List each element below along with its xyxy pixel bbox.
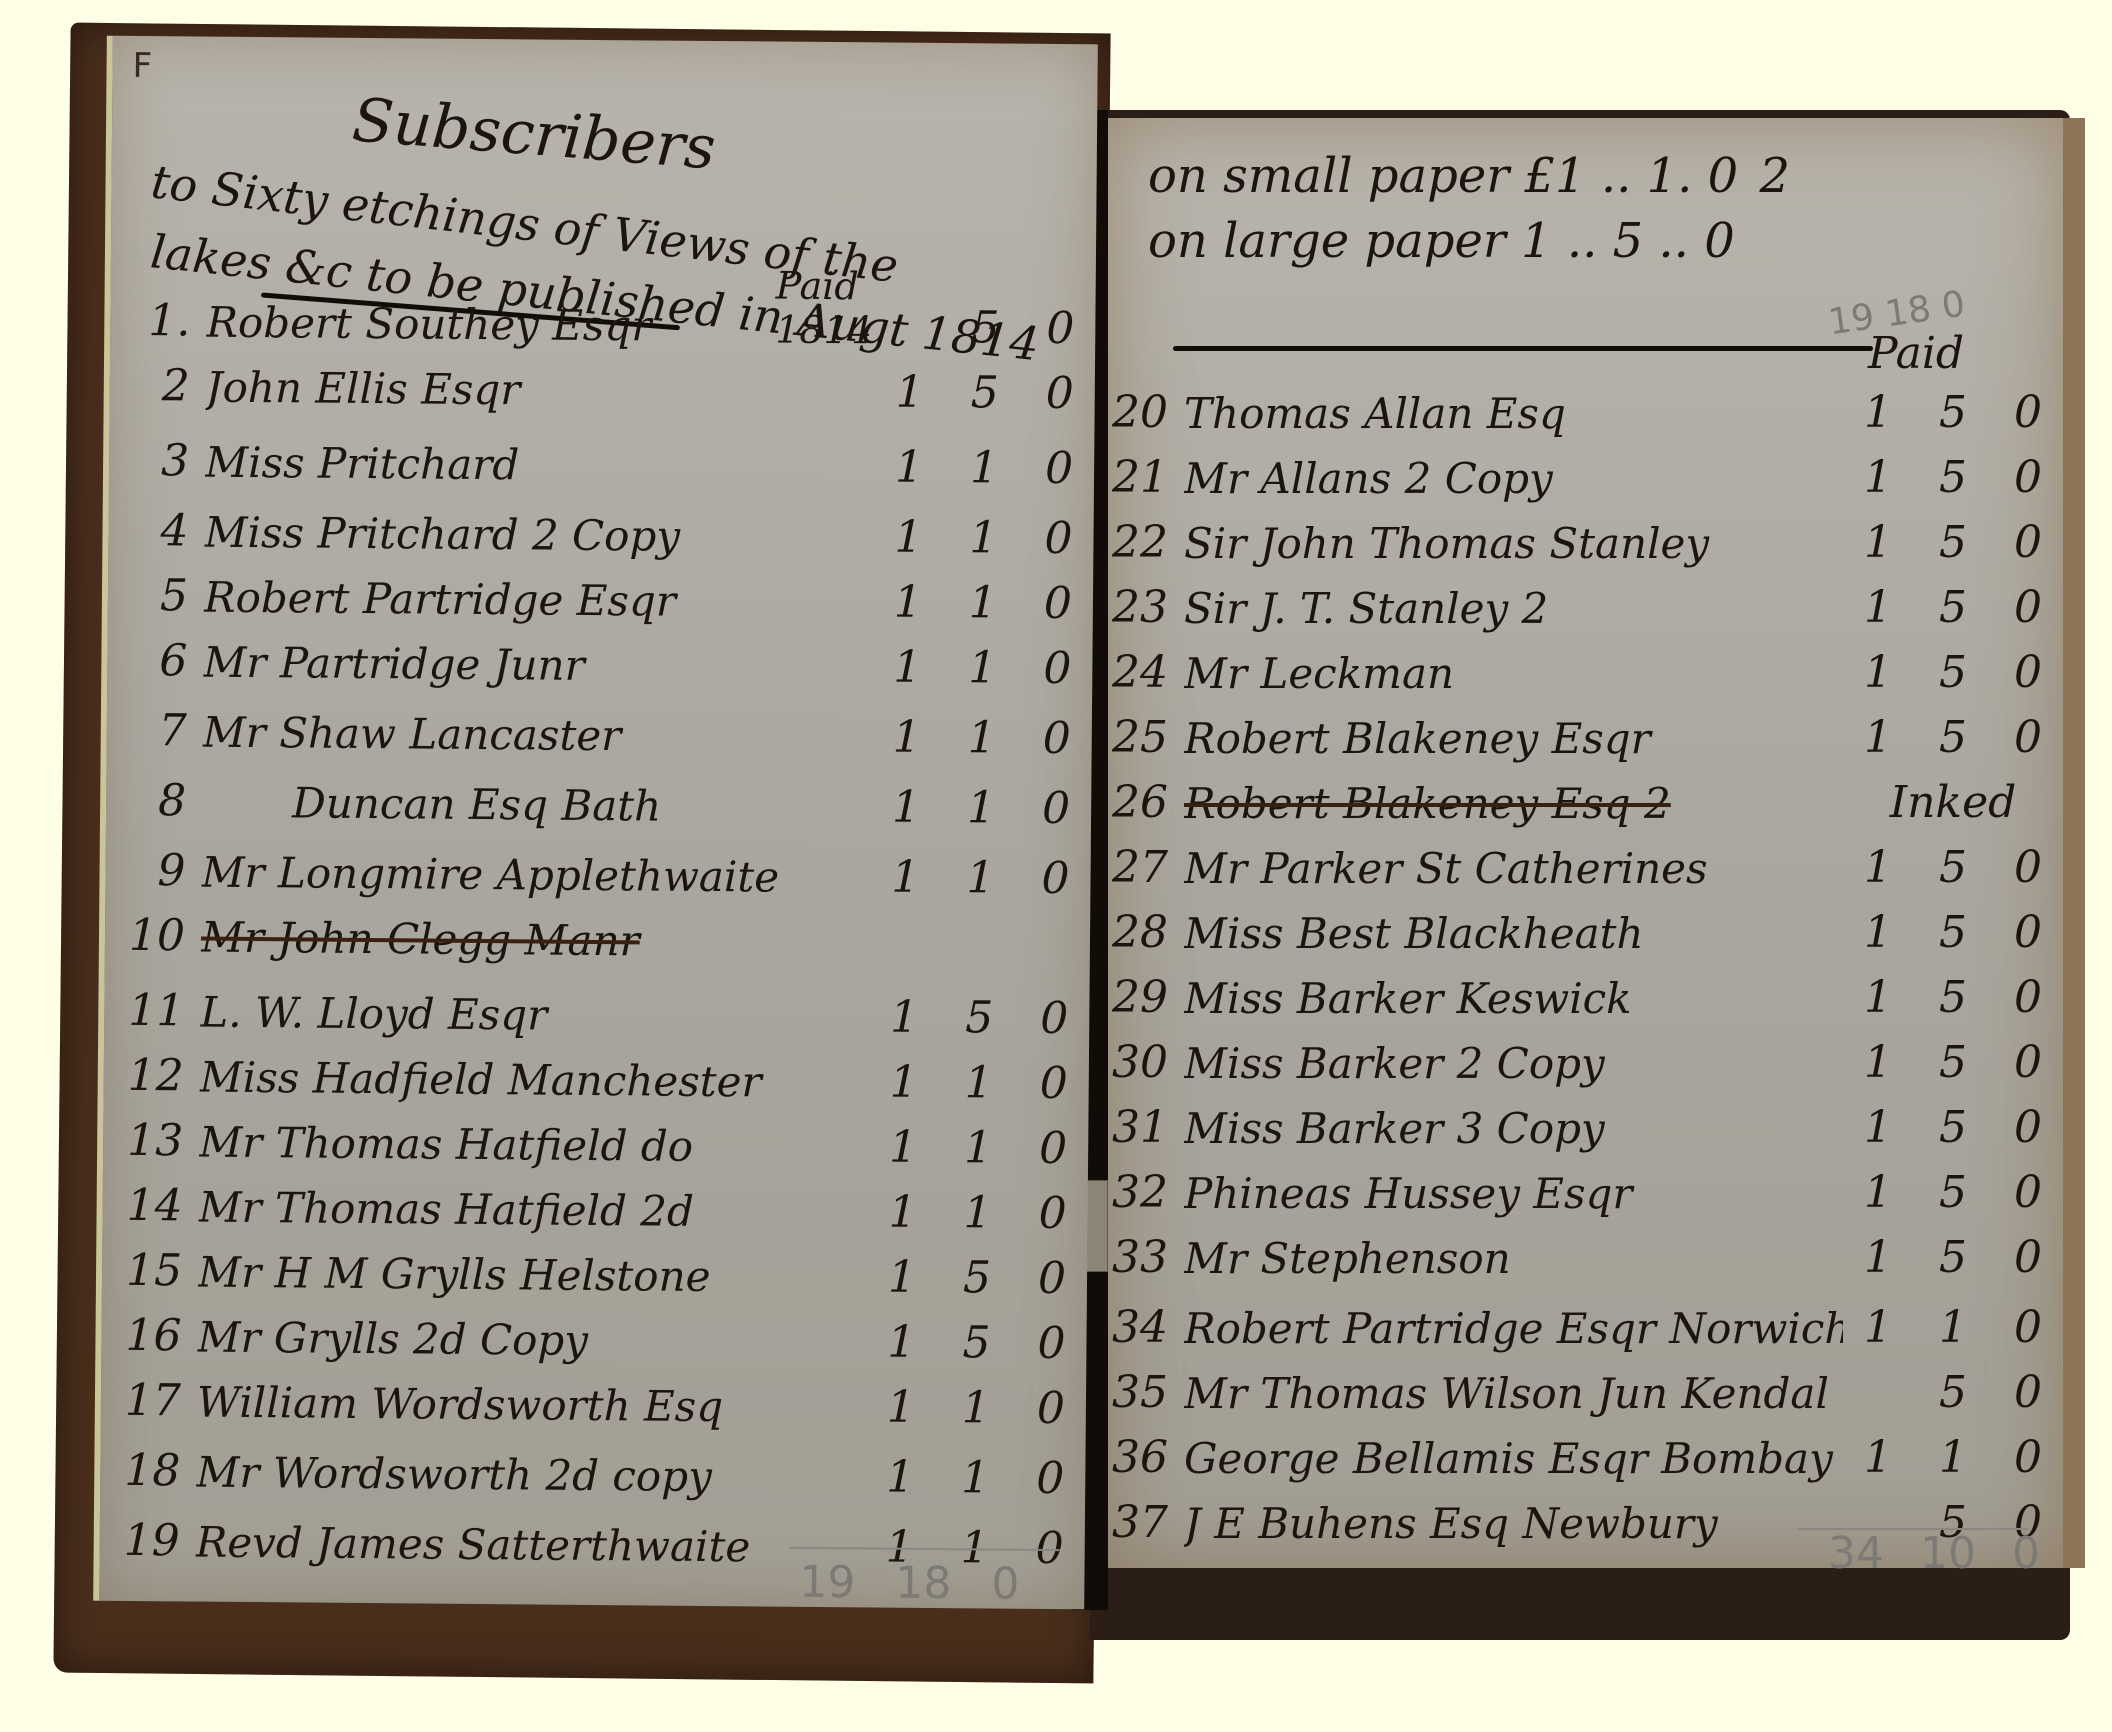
amount-pounds: 1 (1843, 452, 1913, 503)
price-large-paper: on large paper 1 .. 5 .. 0 (1148, 213, 1735, 269)
amount-pence: 0 (1993, 582, 2063, 633)
total-shillings: 18 (895, 1558, 951, 1609)
amount-pence: 0 (1993, 1432, 2063, 1483)
subscriber-name: George Bellamis Esqr Bombay (1184, 1434, 1843, 1483)
subscriber-name: Mr H M Grylls Helstone (198, 1248, 867, 1303)
entry-number: 24 (1088, 647, 1184, 698)
amount-pounds: 1 (868, 1121, 938, 1173)
amount-pence: 0 (1993, 1367, 2063, 1418)
subscriber-name: Mr Thomas Wilson Jun Kendal (1184, 1369, 1843, 1418)
ledger-row: 15 Mr H M Grylls Helstone 1 5 0 (102, 1236, 1087, 1305)
ledger-row: 4 Miss Pritchard 2 Copy 1 1 0 (108, 496, 1093, 565)
subscriber-name: Mr Leckman (1184, 649, 1843, 698)
amount-pence: 0 (1993, 1167, 2063, 1218)
amount-pence: 0 (1025, 303, 1095, 355)
subscriber-name: John Ellis Esqr (206, 363, 875, 418)
amount-shillings: 5 (1913, 517, 1993, 568)
amount-pence: 0 (1993, 517, 2063, 568)
entry-number: 21 (1088, 452, 1184, 503)
amount-pence: 0 (1021, 783, 1091, 835)
amount-pounds: 1 (1843, 387, 1913, 438)
amount-pounds: 1 (872, 711, 942, 763)
amount-pounds: 1 (874, 441, 944, 493)
subscriber-name: Mr Partridge Junr (203, 638, 872, 693)
entry-number: 27 (1088, 842, 1184, 893)
entry-number: 15 (102, 1245, 198, 1297)
amount-pounds (870, 967, 940, 968)
ledger-row: 13 Mr Thomas Hatfield do 1 1 0 (103, 1106, 1088, 1175)
amount-pounds: 1 (867, 1186, 937, 1238)
amount-pence: 0 (1993, 1037, 2063, 1088)
subscriber-name: Mr Thomas Hatfield 2d (198, 1183, 867, 1238)
ledger-row: 8 Duncan Esq Bath 1 1 0 (106, 766, 1091, 835)
amount-pounds: 1 (872, 641, 942, 693)
amount-pounds: 1 (1843, 1232, 1913, 1283)
entry-number: 8 (106, 775, 202, 827)
right-page: on small paper £1 .. 1. 0 2 on large pap… (1108, 118, 2085, 1568)
entry-number: 18 (100, 1445, 196, 1497)
entry-number: 34 (1088, 1302, 1184, 1353)
entry-number: 20 (1088, 387, 1184, 438)
total-pence: 0 (2012, 1528, 2040, 1579)
amount-pence: 0 (1993, 1232, 2063, 1283)
amount-shillings: 1 (1913, 1432, 1993, 1483)
page-title: Subscribers (350, 85, 718, 183)
left-page: F Subscribers to Sixty etchings of Views… (93, 36, 1098, 1610)
subscriber-name: Sir J. T. Stanley 2 (1184, 584, 1843, 633)
entry-number: 14 (102, 1180, 198, 1232)
amount-shillings: 1 (941, 782, 1021, 834)
amount-pence: 0 (1015, 1453, 1085, 1505)
amount-pence: 0 (1993, 1102, 2063, 1153)
entry-number: 30 (1088, 1037, 1184, 1088)
entry-number: 33 (1088, 1232, 1184, 1283)
amount-shillings: 5 (1913, 1167, 1993, 1218)
amount-shillings: 5 (1913, 582, 1993, 633)
ledger-row: 1. Robert Southey Esqr Paid 1814 5 0 (110, 286, 1095, 355)
ledger-row-struck: 26 Robert Blakeney Esq 2 Inked (1088, 768, 2063, 828)
amount-pence (1020, 969, 1090, 970)
price-small-text: on small paper £1 .. 1. 0 (1148, 148, 1738, 204)
subscriber-name: Mr Grylls 2d Copy (197, 1313, 866, 1368)
amount-pence: 0 (1023, 513, 1093, 565)
entry-number: 2 (110, 360, 206, 412)
amount-pence: 0 (1019, 993, 1089, 1045)
amount-pounds: 1 (873, 511, 943, 563)
amount-pence: 0 (1019, 1058, 1089, 1110)
ledger-row: 31 Miss Barker 3 Copy 1 5 0 (1088, 1093, 2063, 1153)
entry-number: 12 (104, 1050, 200, 1102)
amount-pence: 0 (1993, 972, 2063, 1023)
amount-shillings: 5 (1913, 387, 1993, 438)
ledger-row: 23 Sir J. T. Stanley 2 1 5 0 (1088, 573, 2063, 633)
ledger-row: 9 Mr Longmire Applethwaite 1 1 0 (105, 836, 1090, 905)
ledger-row: 36 George Bellamis Esqr Bombay 1 1 0 (1088, 1423, 2063, 1483)
amount-pounds: 1 (869, 1056, 939, 1108)
amount-pounds: 1 (1843, 1167, 1913, 1218)
subscriber-name: William Wordsworth Esq (197, 1378, 866, 1433)
total-pounds: 34 (1828, 1528, 1884, 1579)
amount-shillings: 5 (1913, 647, 1993, 698)
price-small-extra: 2 (1759, 148, 1790, 204)
amount-pounds: 1 (1843, 1302, 1913, 1353)
amount-pounds: 1 (1843, 517, 1913, 568)
ledger-row: 6 Mr Partridge Junr 1 1 0 (107, 626, 1092, 695)
subscriber-name: Mr John Clegg Manr (201, 913, 870, 968)
subscriber-name: Mr Stephenson (1184, 1234, 1843, 1283)
amount-shillings: 5 (945, 367, 1025, 419)
amount-pounds: 1 (1843, 907, 1913, 958)
ledger-row: 2 John Ellis Esqr 1 5 0 (110, 351, 1095, 420)
amount-shillings: 1 (944, 442, 1024, 494)
amount-shillings: 5 (1913, 712, 1993, 763)
amount-shillings: 1 (936, 1382, 1016, 1434)
subscriber-name: Miss Barker Keswick (1184, 974, 1843, 1023)
ledger-row: 21 Mr Allans 2 Copy 1 5 0 (1088, 443, 2063, 503)
ledger-row: 30 Miss Barker 2 Copy 1 5 0 (1088, 1028, 2063, 1088)
subscriber-name: Robert Blakeney Esqr (1184, 714, 1843, 763)
amount-pence: 0 (1993, 452, 2063, 503)
subscriber-name: Miss Pritchard 2 Copy (204, 508, 873, 563)
entry-number: 19 (99, 1515, 195, 1567)
ledger-row: 32 Phineas Hussey Esqr 1 5 0 (1088, 1158, 2063, 1218)
amount-pence: 0 (1993, 647, 2063, 698)
subscriber-name: Miss Barker 3 Copy (1184, 1104, 1843, 1153)
amount-shillings: 1 (937, 1187, 1017, 1239)
subscriber-name: Miss Pritchard (205, 438, 874, 493)
amount-shillings: 1 (943, 577, 1023, 629)
amount-pounds: 1 (866, 1381, 936, 1433)
entry-number: 28 (1088, 907, 1184, 958)
pencil-total: 19 18 0 (799, 1557, 1019, 1610)
amount-shillings: 1 (938, 1122, 1018, 1174)
amount-shillings: 5 (939, 992, 1019, 1044)
amount-pence: 0 (1993, 387, 2063, 438)
entry-number: 26 (1088, 777, 1184, 828)
amount-shillings: 1 (940, 852, 1020, 904)
amount-pounds: 1 (867, 1251, 937, 1303)
entry-number: 25 (1088, 712, 1184, 763)
entry-number: 22 (1088, 517, 1184, 568)
ledger-row: 20 Thomas Allan Esq 1 5 0 (1088, 378, 2063, 438)
amount-shillings: 5 (945, 302, 1025, 354)
amount-pence: 0 (1024, 443, 1094, 495)
subscriber-name: Thomas Allan Esq (1184, 389, 1843, 438)
subscriber-name: Robert Southey Esqr (206, 298, 775, 352)
amount-pence: 0 (1020, 853, 1090, 905)
pencil-total: 34 10 0 (1828, 1528, 2040, 1579)
amount-pounds: 1 (865, 1451, 935, 1503)
amount-shillings: 1 (943, 512, 1023, 564)
amount-shillings: 5 (1913, 1367, 1993, 1418)
ledger-row: 12 Miss Hadfield Manchester 1 1 0 (104, 1041, 1089, 1110)
amount-shillings: 1 (942, 642, 1022, 694)
amount-pence: 0 (1017, 1253, 1087, 1305)
amount-shillings (940, 968, 1020, 969)
amount-shillings: 5 (1913, 452, 1993, 503)
price-small-paper: on small paper £1 .. 1. 0 2 (1148, 148, 1790, 204)
entry-number: 31 (1088, 1102, 1184, 1153)
entry-number: 36 (1088, 1432, 1184, 1483)
total-pence: 0 (991, 1558, 1019, 1609)
ledger-row: 3 Miss Pritchard 1 1 0 (109, 426, 1094, 495)
total-pounds: 19 (799, 1557, 855, 1608)
amount-pounds: 1 (875, 366, 945, 418)
ledger-row: 16 Mr Grylls 2d Copy 1 5 0 (101, 1301, 1086, 1370)
amount-pence: 0 (1016, 1383, 1086, 1435)
ledger-row: 35 Mr Thomas Wilson Jun Kendal 5 0 (1088, 1358, 2063, 1418)
amount-pounds: 1 (1843, 1432, 1913, 1483)
ledger-row: 27 Mr Parker St Catherines 1 5 0 (1088, 833, 2063, 893)
amount-pence: 0 (1025, 368, 1095, 420)
amount-shillings: 5 (936, 1317, 1016, 1369)
subscriber-name: Sir John Thomas Stanley (1184, 519, 1843, 568)
amount-pounds: 1 (869, 991, 939, 1043)
corner-mark: F (132, 46, 152, 86)
amount-pounds: 1 (1843, 972, 1913, 1023)
amount-shillings: 1 (939, 1057, 1019, 1109)
amount-pence: 0 (1022, 713, 1092, 765)
entry-number: 4 (108, 505, 204, 557)
amount-pounds: 1 (871, 781, 941, 833)
ledger-row: 5 Robert Partridge Esqr 1 1 0 (108, 561, 1093, 630)
ledger-row: 7 Mr Shaw Lancaster 1 1 0 (107, 696, 1092, 765)
subscriber-name: Mr Wordsworth 2d copy (196, 1448, 865, 1503)
amount-pounds: 1 (1843, 1037, 1913, 1088)
inked-note: Inked (1843, 777, 2063, 828)
amount-pounds: 1 (1843, 1102, 1913, 1153)
entry-number: 23 (1088, 582, 1184, 633)
ledger-row: 17 William Wordsworth Esq 1 1 0 (101, 1366, 1086, 1435)
amount-shillings: 1 (935, 1452, 1015, 1504)
ledger-row: 33 Mr Stephenson 1 5 0 (1088, 1223, 2063, 1283)
amount-pounds: 1 (866, 1316, 936, 1368)
amount-pence: 0 (1018, 1123, 1088, 1175)
entry-number: 7 (107, 705, 203, 757)
subscriber-name: Miss Best Blackheath (1184, 909, 1843, 958)
ledger-row: 24 Mr Leckman 1 5 0 (1088, 638, 2063, 698)
ledger-row: 25 Robert Blakeney Esqr 1 5 0 (1088, 703, 2063, 763)
entry-number: 10 (105, 910, 201, 962)
amount-shillings: 5 (1913, 972, 1993, 1023)
amount-pounds: 1 (1843, 712, 1913, 763)
subscriber-name: Mr Longmire Applethwaite (201, 848, 870, 903)
subscriber-name: J E Buhens Esq Newbury (1184, 1499, 1843, 1548)
ledger-row: 14 Mr Thomas Hatfield 2d 1 1 0 (102, 1171, 1087, 1240)
entry-number: 32 (1088, 1167, 1184, 1218)
ledger-row: 28 Miss Best Blackheath 1 5 0 (1088, 898, 2063, 958)
subscriber-name: Miss Barker 2 Copy (1184, 1039, 1843, 1088)
ledger-row: 29 Miss Barker Keswick 1 5 0 (1088, 963, 2063, 1023)
subscriber-name: L. W. Lloyd Esqr (200, 988, 869, 1043)
subscriber-name: Mr Parker St Catherines (1184, 844, 1843, 893)
subscriber-name: Robert Partridge Esqr Norwich (1184, 1304, 1843, 1353)
entry-note: Paid 1814 (775, 264, 946, 353)
total-shillings: 10 (1920, 1528, 1976, 1579)
header-rule (1173, 346, 1873, 351)
paid-column-header: Paid (1868, 328, 1964, 379)
subscriber-name: Duncan Esq Bath (202, 778, 871, 833)
ledger-row: 22 Sir John Thomas Stanley 1 5 0 (1088, 508, 2063, 568)
entry-number: 16 (101, 1310, 197, 1362)
amount-shillings: 5 (1913, 1232, 1993, 1283)
amount-pounds: 1 (1843, 842, 1913, 893)
entry-number: 17 (101, 1375, 197, 1427)
amount-pence: 0 (1993, 1302, 2063, 1353)
amount-pounds: 1 (1843, 582, 1913, 633)
subscriber-name: Robert Blakeney Esq 2 (1184, 779, 1843, 828)
subscriber-name: Mr Shaw Lancaster (203, 708, 872, 763)
amount-shillings: 1 (942, 712, 1022, 764)
subscriber-name: Mr Thomas Hatfield do (199, 1118, 868, 1173)
entry-number: 5 (108, 570, 204, 622)
entry-number: 1. (110, 295, 206, 347)
entry-number: 13 (103, 1115, 199, 1167)
ledger-row: 18 Mr Wordsworth 2d copy 1 1 0 (100, 1436, 1085, 1505)
ledger-row: 11 L. W. Lloyd Esqr 1 5 0 (104, 976, 1089, 1045)
amount-pence: 0 (1993, 907, 2063, 958)
entry-number: 11 (104, 985, 200, 1037)
amount-shillings: 5 (1913, 1102, 1993, 1153)
entry-number: 3 (109, 435, 205, 487)
amount-pence: 0 (1022, 643, 1092, 695)
amount-pounds: 1 (870, 851, 940, 903)
amount-pence: 0 (1017, 1188, 1087, 1240)
amount-pence: 0 (1993, 842, 2063, 893)
amount-pence: 0 (1016, 1318, 1086, 1370)
amount-pounds: 1 (873, 576, 943, 628)
entry-number: 6 (107, 635, 203, 687)
amount-shillings: 5 (1913, 842, 1993, 893)
ledger-row: 34 Robert Partridge Esqr Norwich 1 1 0 (1088, 1293, 2063, 1353)
amount-pence: 0 (1023, 578, 1093, 630)
entry-number: 35 (1088, 1367, 1184, 1418)
entry-number: 9 (105, 845, 201, 897)
amount-shillings: 5 (937, 1252, 1017, 1304)
subscriber-name: Mr Allans 2 Copy (1184, 454, 1843, 503)
amount-pence: 0 (1993, 712, 2063, 763)
subscriber-name: Revd James Satterthwaite (195, 1518, 864, 1573)
entry-number: 29 (1088, 972, 1184, 1023)
ledger-row-struck: 10 Mr John Clegg Manr (105, 901, 1090, 970)
entry-number: 37 (1088, 1497, 1184, 1548)
amount-shillings: 1 (1913, 1302, 1993, 1353)
subscriber-name: Phineas Hussey Esqr (1184, 1169, 1843, 1218)
amount-shillings: 5 (1913, 1037, 1993, 1088)
subscriber-name: Miss Hadfield Manchester (200, 1053, 869, 1108)
amount-pounds: 1 (1843, 647, 1913, 698)
subscriber-name: Robert Partridge Esqr (204, 573, 873, 628)
amount-shillings: 5 (1913, 907, 1993, 958)
